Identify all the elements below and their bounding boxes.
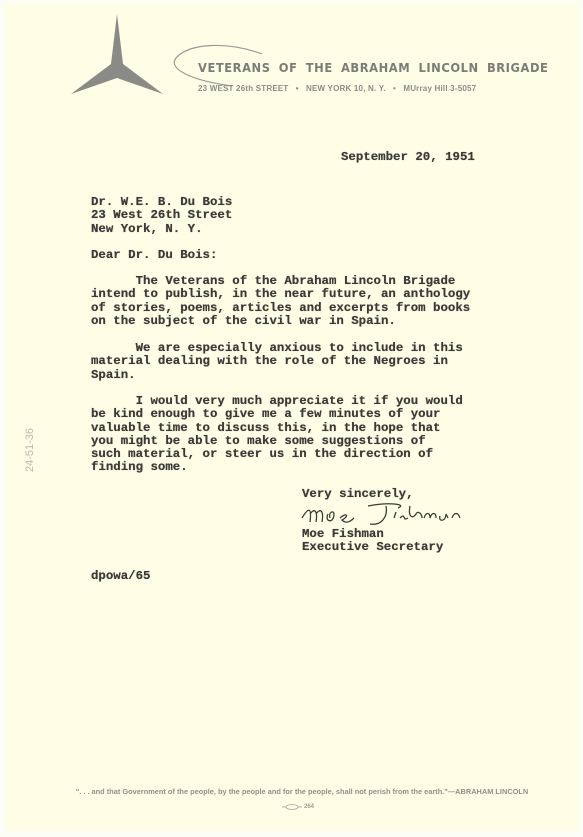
handwritten-signature <box>298 500 473 530</box>
salutation: Dear Dr. Du Bois: <box>91 249 217 262</box>
body-paragraph-1: The Veterans of the Abraham Lincoln Brig… <box>91 275 470 328</box>
body-paragraph-2: We are especially anxious to include in … <box>91 342 463 382</box>
footer-lincoln-quote: ". . . and that Government of the people… <box>52 787 552 796</box>
union-label: 264 <box>282 804 314 810</box>
signature-block: Moe Fishman Executive Secretary <box>302 528 443 555</box>
signer-name: Moe Fishman <box>302 527 384 541</box>
signer-title: Executive Secretary <box>302 540 443 554</box>
recipient-address: Dr. W.E. B. Du Bois 23 West 26th Street … <box>91 196 232 236</box>
recipient-city: New York, N. Y. <box>91 222 203 236</box>
organization-address: 23 WEST 26th STREET • NEW YORK 10, N. Y.… <box>198 84 476 93</box>
body-paragraph-3: I would very much appreciate it if you w… <box>91 395 463 475</box>
recipient-name: Dr. W.E. B. Du Bois <box>91 195 232 209</box>
three-pointed-star-icon <box>71 14 163 96</box>
organization-name: VETERANS OF THE ABRAHAM LINCOLN BRIGADE <box>198 60 548 75</box>
union-number: 264 <box>304 804 314 810</box>
union-bug-icon <box>282 804 302 810</box>
reference-initials: dpowa/65 <box>91 570 151 583</box>
recipient-street: 23 West 26th Street <box>91 208 232 222</box>
archive-pencil-mark: 24-51-36 <box>24 428 36 472</box>
letter-date: September 20, 1951 <box>341 151 475 164</box>
